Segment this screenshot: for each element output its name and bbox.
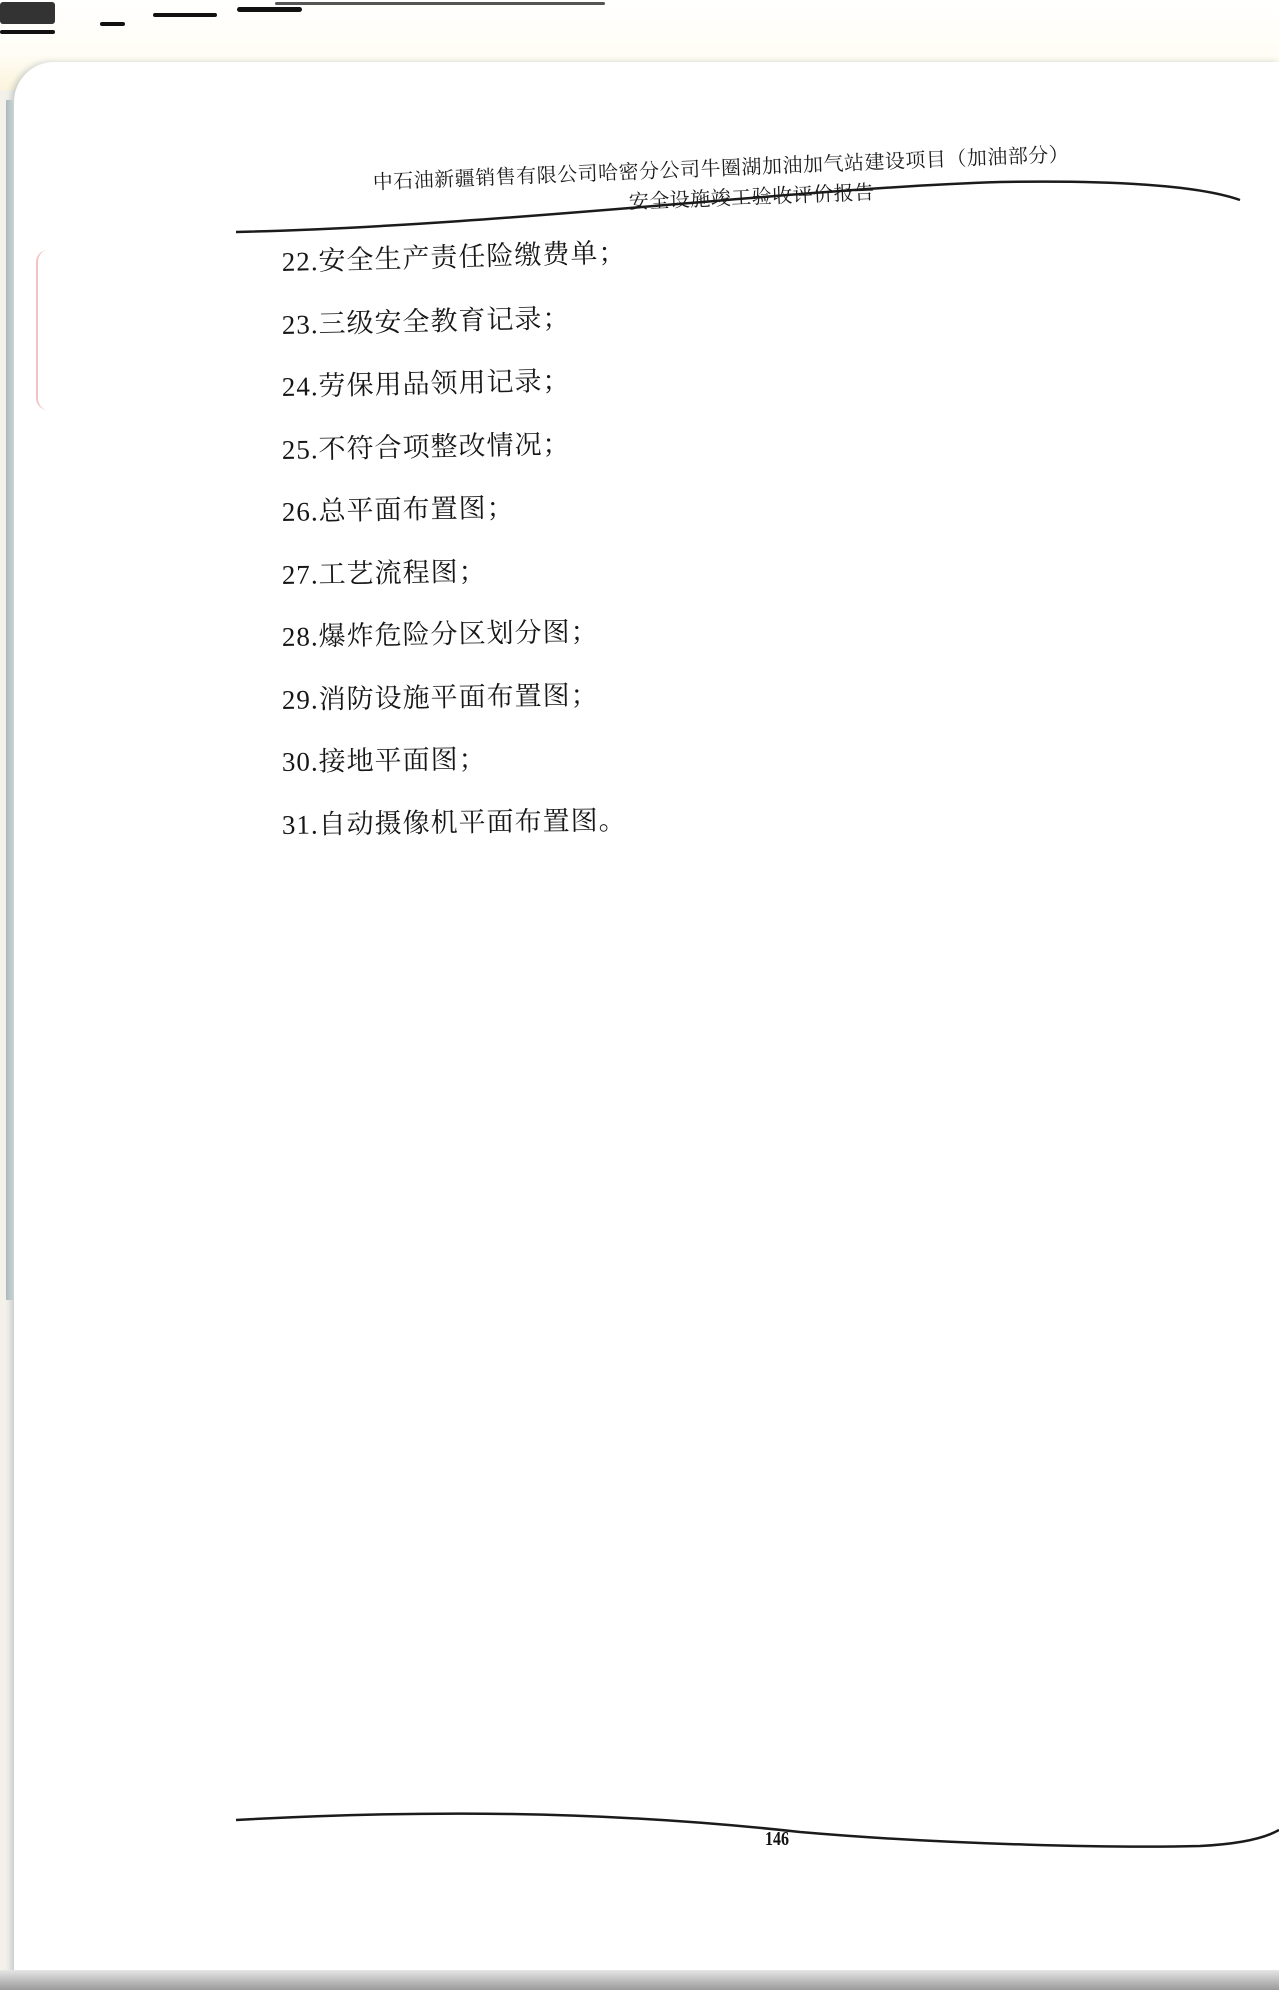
bottom-edge-shadow xyxy=(0,1970,1279,1990)
list-item: 29.消防设施平面布置图； xyxy=(282,672,628,740)
item-number: 30. xyxy=(282,746,319,777)
item-text: 总平面布置图； xyxy=(318,493,515,528)
list-item: 23.三级安全教育记录； xyxy=(281,294,627,365)
item-text: 接地平面图； xyxy=(318,744,486,777)
attachment-list: 22.安全生产责任险缴费单； 23.三级安全教育记录； 24.劳保用品领用记录；… xyxy=(282,240,627,865)
list-item: 30.接地平面图； xyxy=(282,735,628,802)
item-number: 25. xyxy=(281,434,318,465)
item-number: 22. xyxy=(281,246,319,277)
item-text: 工艺流程图； xyxy=(318,556,487,590)
item-number: 29. xyxy=(282,684,319,715)
item-text: 消防设施平面布置图； xyxy=(318,680,598,715)
list-item: 26.总平面布置图； xyxy=(281,483,627,552)
item-number: 23. xyxy=(281,309,318,340)
list-item: 24.劳保用品领用记录； xyxy=(281,357,627,427)
list-item: 28.爆炸危险分区划分图； xyxy=(281,609,627,678)
list-item: 25.不符合项整改情况； xyxy=(281,420,627,490)
list-item: 31.自动摄像机平面布置图。 xyxy=(282,798,628,865)
item-number: 31. xyxy=(282,809,319,840)
page-rules xyxy=(0,0,1279,1990)
item-text: 三级安全教育记录； xyxy=(318,302,571,339)
item-text: 自动摄像机平面布置图。 xyxy=(318,805,626,840)
item-text: 劳保用品领用记录； xyxy=(318,365,571,402)
page-number: 146 xyxy=(765,1828,789,1851)
footer-rule xyxy=(236,1814,1279,1847)
item-text: 不符合项整改情况； xyxy=(318,428,571,464)
list-item: 22.安全生产责任险缴费单； xyxy=(281,230,627,302)
item-number: 26. xyxy=(282,496,319,527)
item-text: 爆炸危险分区划分图； xyxy=(318,616,598,652)
item-number: 28. xyxy=(282,621,319,652)
item-number: 27. xyxy=(282,559,319,590)
item-text: 安全生产责任险缴费单； xyxy=(318,237,627,277)
item-number: 24. xyxy=(281,371,318,402)
list-item: 27.工艺流程图； xyxy=(281,546,627,615)
